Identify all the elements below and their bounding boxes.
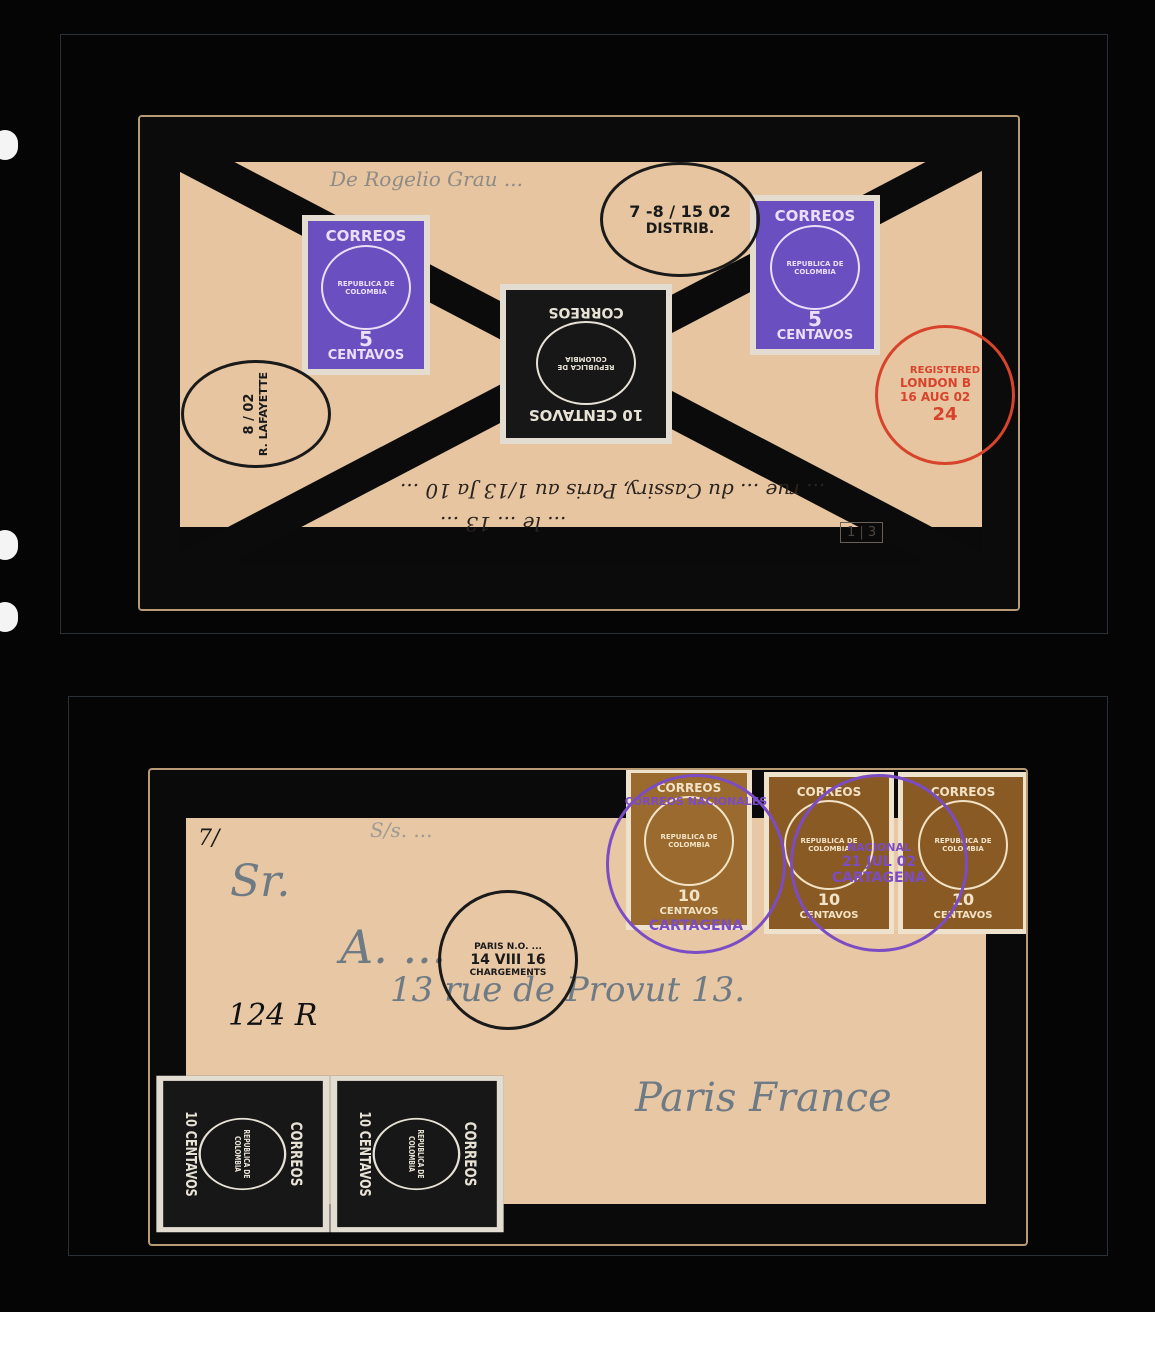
bottom-cover: 7/ S/s. ... 124 R Sr. A. ... 13 rue de P… (148, 768, 1028, 1246)
postmark-distrib: 7 -8 / 15 02 DISTRIB. (600, 162, 760, 277)
stamp-circle: REPUBLICA DE COLOMBIA (770, 225, 860, 310)
sender-note: De Rogelio Grau ... (330, 167, 523, 191)
handwriting-line: ... le ... 13 ... (440, 512, 566, 536)
stamp-circle: REPUBLICA DE COLOMBIA (321, 245, 411, 330)
stamp-5-centavos-violet: CORREOS REPUBLICA DE COLOMBIA 5 CENTAVOS (750, 195, 880, 355)
stamp-10-centavos-black: CORREOS REPUBLICA DE COLOMBIA 10 CENTAVO… (330, 1076, 503, 1233)
stamp-value: 5 (808, 310, 822, 328)
stamp-circle: REPUBLICA DE COLOMBIA (536, 321, 636, 405)
binder-hole (0, 130, 18, 160)
top-cover: De Rogelio Grau ... ... rue ... du Cassi… (138, 115, 1020, 611)
postmark-cartagena-dated: NACIONAL 21 JUL 02 CARTAGENA (790, 774, 968, 952)
mark-7: 7/ (198, 826, 219, 851)
address-salutation: Sr. (230, 856, 290, 907)
stamp-value: 5 (359, 330, 373, 348)
stamp-footer: CENTAVOS (328, 348, 405, 363)
stamp-header: CORREOS (548, 304, 623, 320)
stamp-value: 10 CENTAVOS (529, 406, 643, 424)
stamp-footer: CENTAVOS (777, 328, 854, 343)
address-city: Paris France (635, 1075, 892, 1121)
stamp-header: CORREOS (326, 227, 407, 245)
stamp-header: CORREOS (775, 207, 856, 225)
postmark-cartagena: CORREOS NACIONALES CARTAGENA (606, 774, 786, 954)
mark-ss: S/s. ... (370, 818, 433, 842)
postmark-paris-chargements: PARIS N.O. ... 14 VIII 16 CHARGEMENTS (438, 890, 578, 1030)
binder-hole (0, 602, 18, 632)
stamp-10-centavos-black-inverted: 10 CENTAVOS REPUBLICA DE COLOMBIA CORREO… (500, 284, 672, 444)
postmark-lafayette: 8 / 02 R. LAFAYETTE (181, 360, 331, 468)
binder-hole (0, 530, 18, 560)
box-mark: 1 | 3 (840, 522, 883, 543)
album-page: De Rogelio Grau ... ... rue ... du Cassi… (0, 0, 1155, 1312)
stamp-5-centavos-violet: CORREOS REPUBLICA DE COLOMBIA 5 CENTAVOS (302, 215, 430, 375)
postmark-registered-london: REGISTERED LONDON B 16 AUG 02 24 (875, 325, 1015, 465)
address-name: A. ... (340, 920, 446, 974)
handwriting-line: ... rue ... du Cassiry, Paris au 1/13 Ja… (400, 479, 825, 503)
mark-124r: 124 R (228, 998, 317, 1033)
stamp-10-centavos-black: CORREOS REPUBLICA DE COLOMBIA 10 CENTAVO… (156, 1076, 329, 1233)
